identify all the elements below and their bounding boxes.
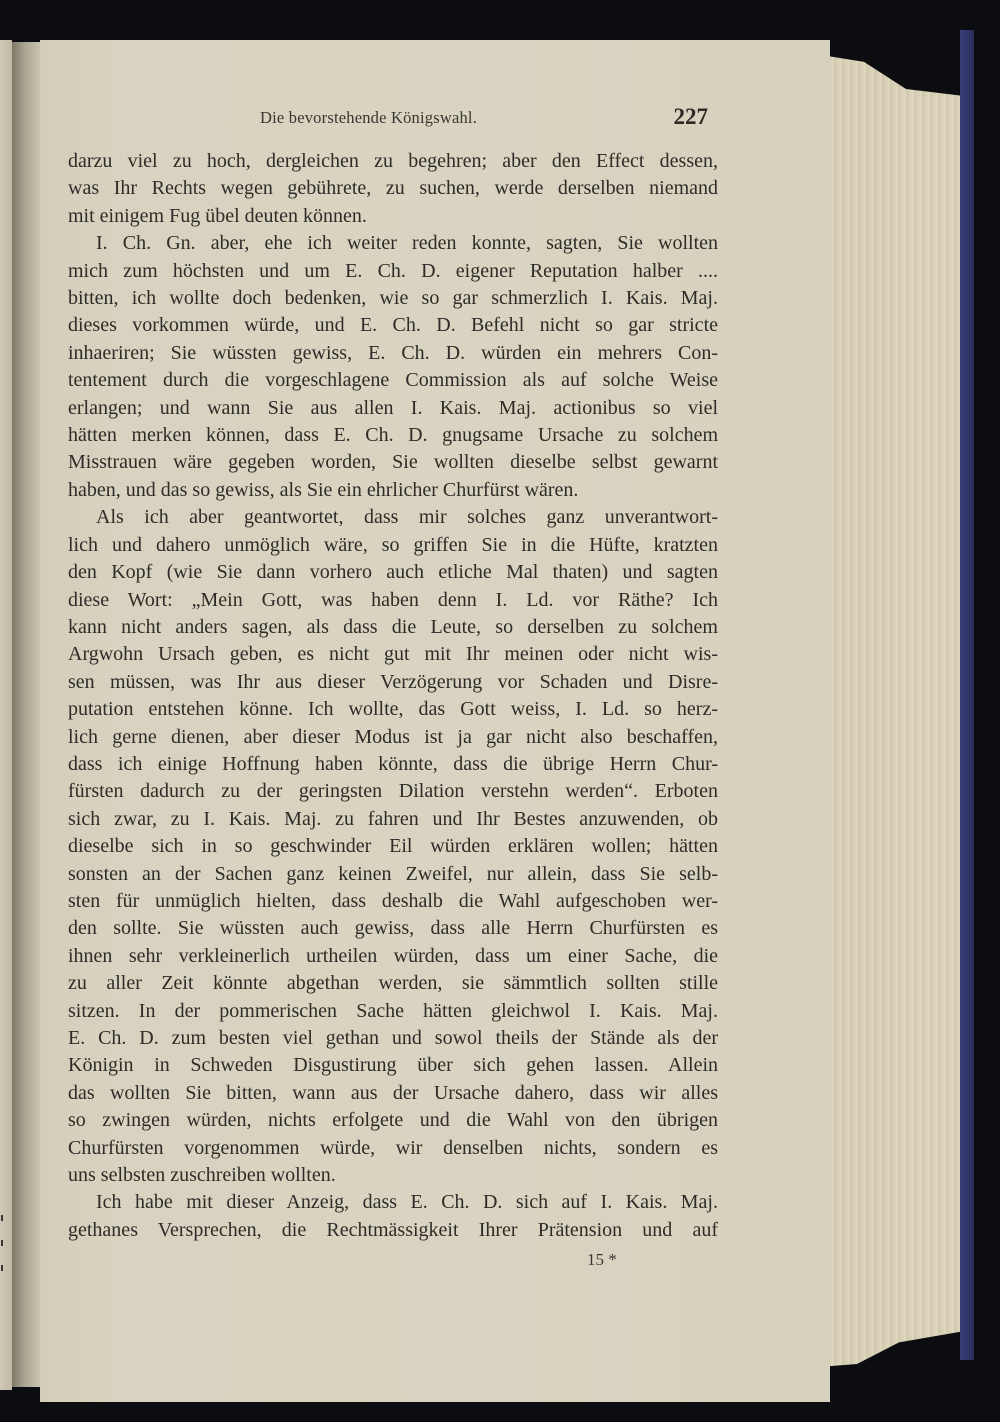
text-line: was Ihr Rechts wegen gebührete, zu suche… [68, 175, 718, 202]
text-line: Misstrauen wäre gegeben worden, Sie woll… [68, 449, 718, 476]
text-line: tentement durch die vorgeschlagene Commi… [68, 367, 718, 394]
text-line: dieses vorkommen würde, und E. Ch. D. Be… [68, 312, 718, 339]
text-line: mit einigem Fug übel deuten können. [68, 203, 718, 230]
text-line: erlangen; und wann Sie aus allen I. Kais… [68, 395, 718, 422]
text-line: Königin in Schweden Disgustirung über si… [68, 1052, 718, 1079]
previous-page-edge [0, 40, 12, 1390]
text-line: diese Wort: „Mein Gott, was haben denn I… [68, 587, 718, 614]
running-header: Die bevorstehende Königswahl. 227 [60, 104, 710, 134]
text-line: Argwohn Ursach geben, es nicht gut mit I… [68, 641, 718, 668]
text-line: putation entstehen könne. Ich wollte, da… [68, 696, 718, 723]
text-line: bitten, ich wollte doch bedenken, wie so… [68, 285, 718, 312]
book-cover-edge [960, 30, 974, 1360]
margin-mark [1, 1215, 3, 1221]
text-line: gethanes Versprechen, die Rechtmässigkei… [68, 1217, 718, 1244]
text-line: inhaeriren; Sie wüssten gewiss, E. Ch. D… [68, 340, 718, 367]
text-line: Churfürsten vorgenommen würde, wir dense… [68, 1135, 718, 1162]
text-line: Ich habe mit dieser Anzeig, dass E. Ch. … [68, 1189, 718, 1216]
book-scan: Die bevorstehende Königswahl. 227 darzu … [0, 0, 1000, 1422]
text-line: zu aller Zeit könnte abgethan werden, si… [68, 970, 718, 997]
margin-mark [1, 1240, 3, 1246]
text-line: lich gerne dienen, aber dieser Modus ist… [68, 724, 718, 751]
text-line: sonsten an der Sachen ganz keinen Zweife… [68, 861, 718, 888]
text-line: E. Ch. D. zum besten viel gethan und sow… [68, 1025, 718, 1052]
text-line: hätten merken können, dass E. Ch. D. gnu… [68, 422, 718, 449]
text-line: dieselbe sich in so geschwinder Eil würd… [68, 833, 718, 860]
text-line: uns selbsten zuschreiben wollten. [68, 1162, 718, 1189]
text-line: sitzen. In der pommerischen Sache hätten… [68, 998, 718, 1025]
margin-mark [1, 1265, 3, 1271]
book-gutter [12, 42, 42, 1387]
text-line: sen müssen, was Ihr aus dieser Verzögeru… [68, 669, 718, 696]
running-title: Die bevorstehende Königswahl. [260, 108, 477, 128]
text-line: so zwingen würden, nichts erfolgete und … [68, 1107, 718, 1134]
text-line: darzu viel zu hoch, dergleichen zu begeh… [68, 148, 718, 175]
text-line: ihnen sehr verkleinerlich urtheilen würd… [68, 943, 718, 970]
paragraph: Als ich aber geantwortet, dass mir solch… [68, 504, 718, 1189]
page-number: 227 [674, 104, 709, 130]
text-line: den Kopf (wie Sie dann vorhero auch etli… [68, 559, 718, 586]
text-line: fürsten dadurch zu der geringsten Dilati… [68, 778, 718, 805]
paragraph: Ich habe mit dieser Anzeig, dass E. Ch. … [68, 1189, 718, 1244]
paragraph: darzu viel zu hoch, dergleichen zu begeh… [68, 148, 718, 230]
text-line: lich und dahero unmöglich wäre, so griff… [68, 532, 718, 559]
text-line: sten für unmüglich hielten, dass deshalb… [68, 888, 718, 915]
text-line: Als ich aber geantwortet, dass mir solch… [68, 504, 718, 531]
body-text: darzu viel zu hoch, dergleichen zu begeh… [68, 148, 718, 1244]
text-line: sich zwar, zu I. Kais. Maj. zu fahren un… [68, 806, 718, 833]
text-line: I. Ch. Gn. aber, ehe ich weiter reden ko… [68, 230, 718, 257]
text-line: mich zum höchsten und um E. Ch. D. eigen… [68, 258, 718, 285]
paragraph: I. Ch. Gn. aber, ehe ich weiter reden ko… [68, 230, 718, 504]
text-line: den sollte. Sie wüssten auch gewiss, das… [68, 915, 718, 942]
text-line: dass ich einige Hoffnung haben könnte, d… [68, 751, 718, 778]
text-line: haben, und das so gewiss, als Sie ein eh… [68, 477, 718, 504]
page-block-edges [822, 28, 962, 1383]
text-line: kann nicht anders sagen, als dass die Le… [68, 614, 718, 641]
signature-mark: 15 * [587, 1250, 617, 1270]
text-line: das wollten Sie bitten, wann aus der Urs… [68, 1080, 718, 1107]
